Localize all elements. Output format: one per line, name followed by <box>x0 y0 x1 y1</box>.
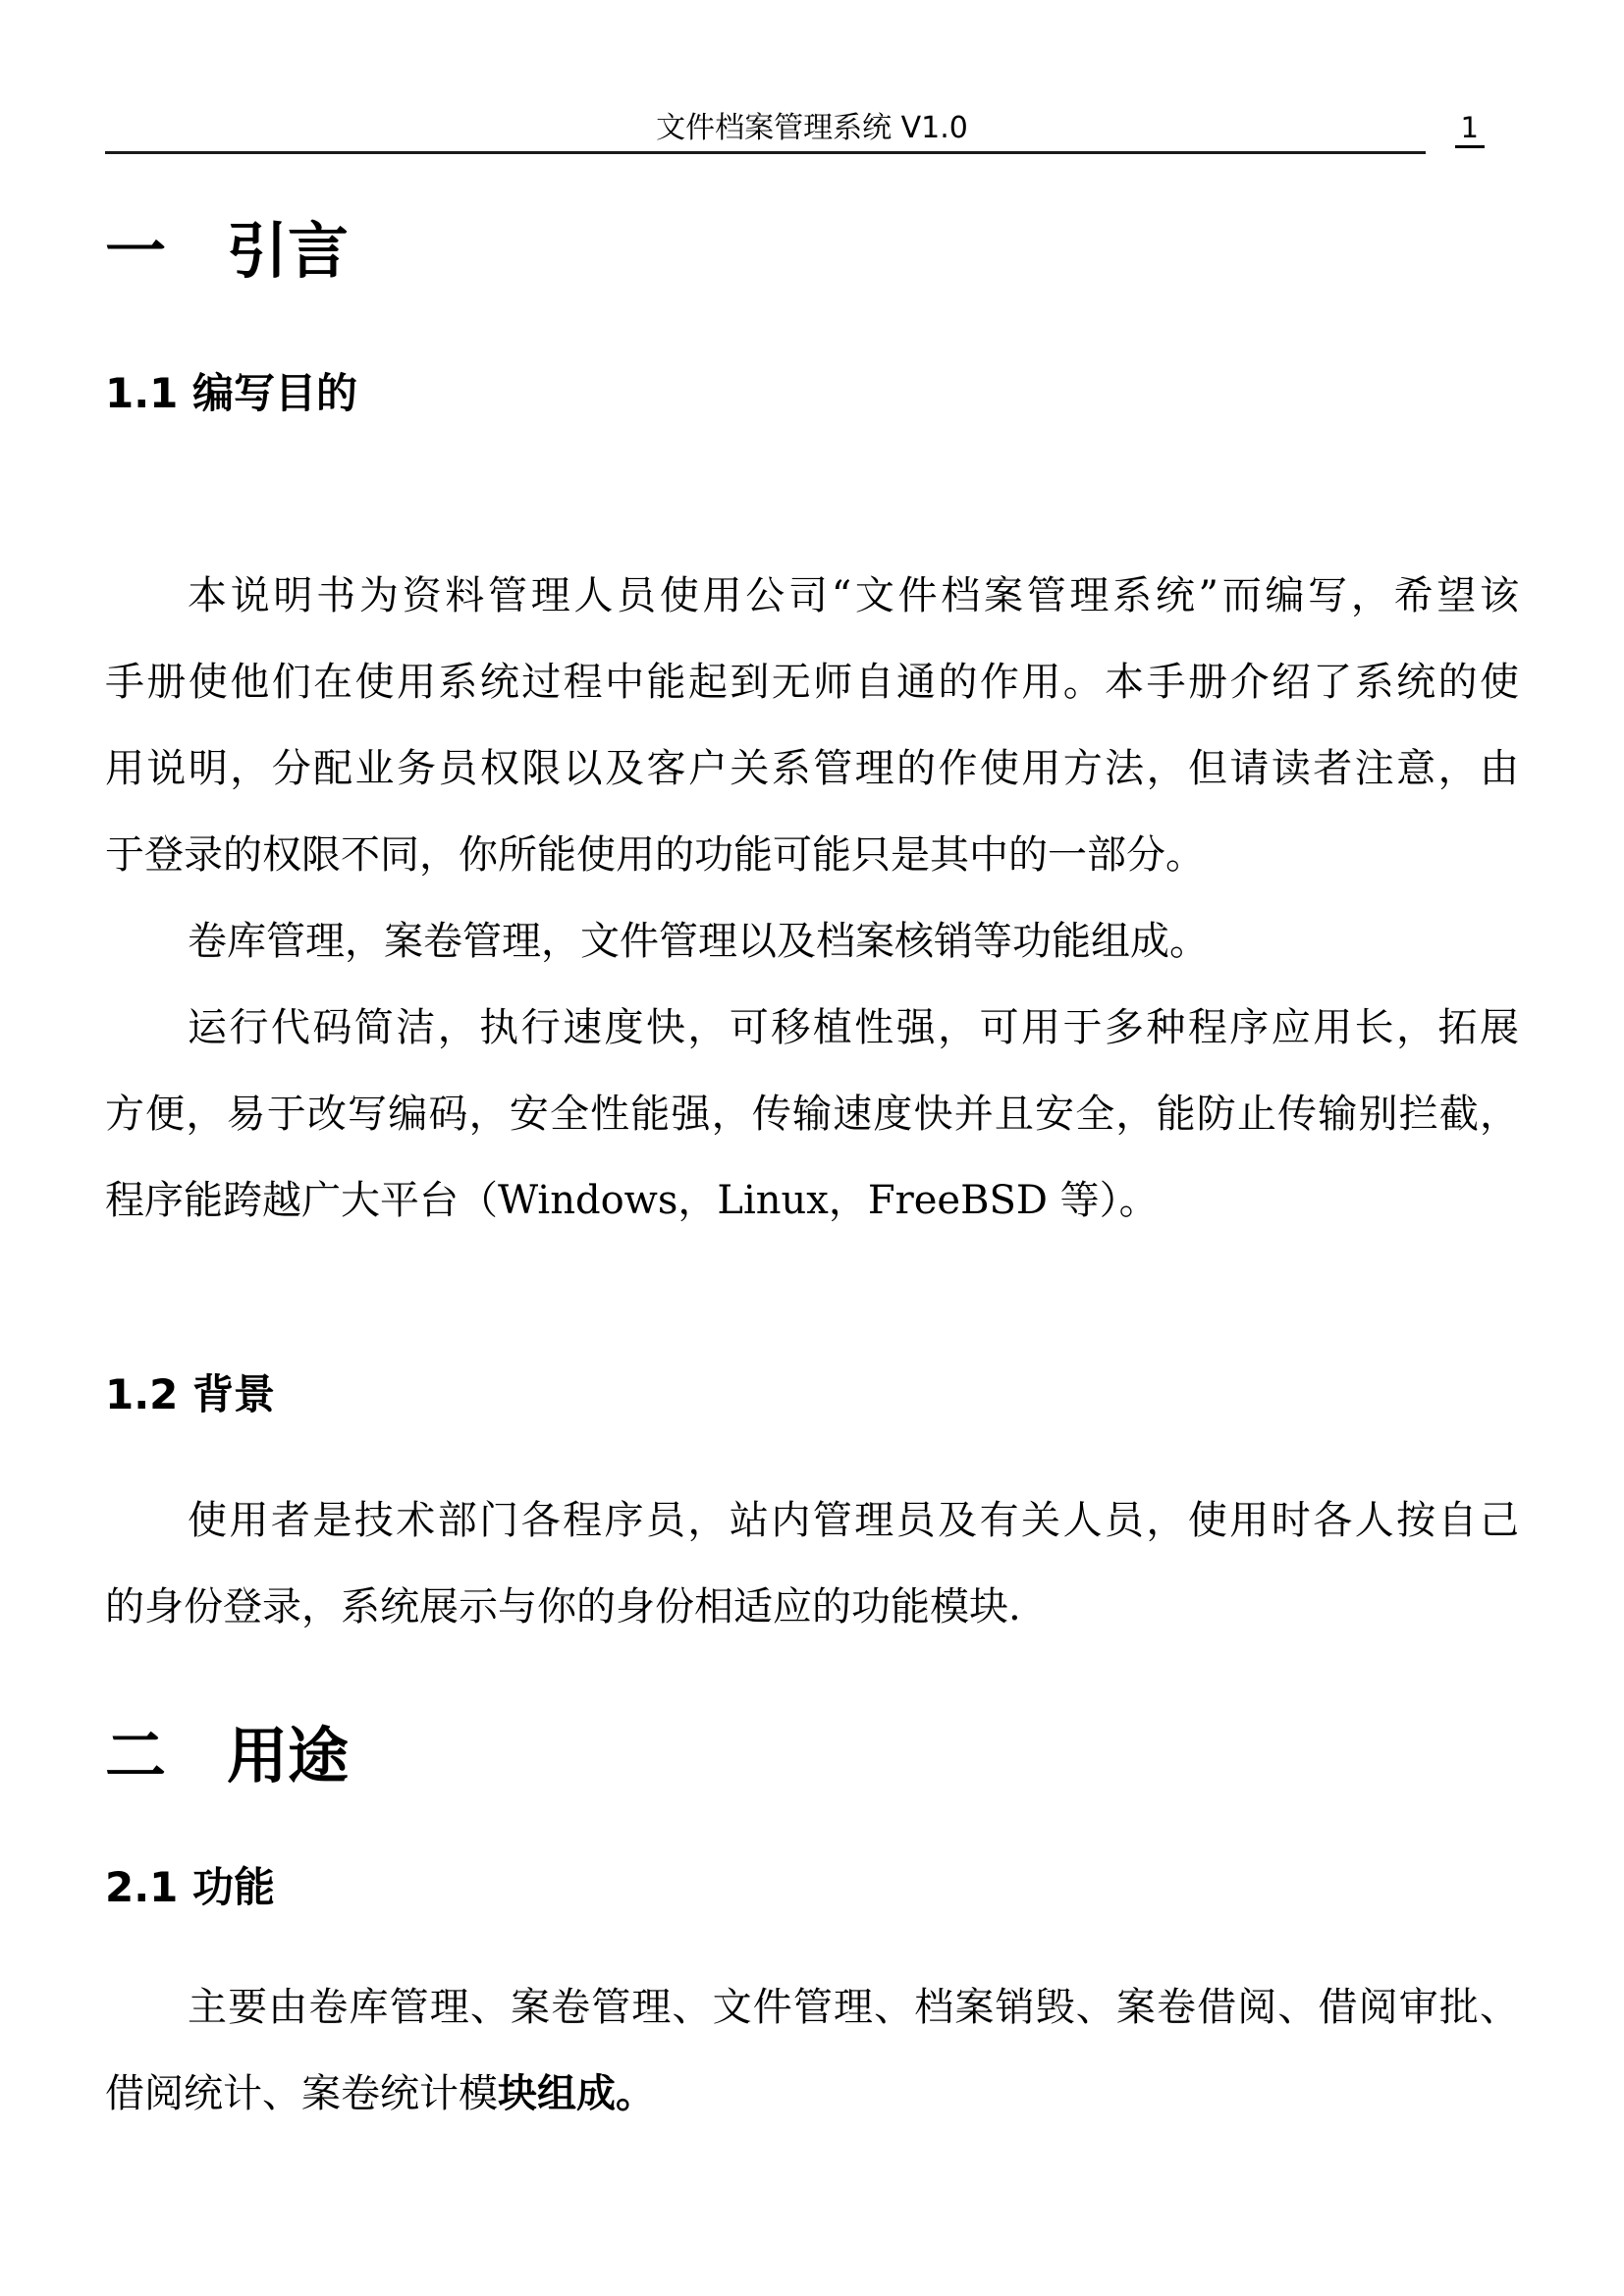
purpose-paragraph-3: 运行代码简洁，执行速度快，可移植性强，可用于多种程序应用长，拓展 方便，易于改写… <box>105 985 1519 1244</box>
subsection-heading-background: 1.2 背景 <box>105 1373 1519 1416</box>
paragraph-line: 方便，易于改写编码，安全性能强，传输速度快并且安全，能防止传输别拦截， <box>105 1071 1519 1157</box>
header-rule <box>105 151 1426 154</box>
paragraph-line: 主要由卷库管理、案卷管理、文件管理、档案销毁、案卷借阅、借阅审批、 <box>105 1964 1519 2051</box>
document-header-title: 文件档案管理系统 V1.0 <box>105 111 1519 146</box>
paragraph-line: 的身份登录，系统展示与你的身份相适应的功能模块. <box>105 1564 1519 1650</box>
paragraph-line: 借阅统计、案卷统计模块组成。 <box>105 2051 1519 2137</box>
section-heading-introduction: 一 引言 <box>105 220 1519 283</box>
paragraph-line: 用说明，分配业务员权限以及客户关系管理的作使用方法，但请读者注意，由 <box>105 725 1519 812</box>
document-content: 文件档案管理系统 V1.0 1 一 引言 1.1 编写目的 本说明书为资料管理人… <box>0 0 1624 2137</box>
paragraph-line: 程序能跨越广大平台（Windows，Linux，FreeBSD 等）。 <box>105 1157 1519 1244</box>
section-heading-usage: 二 用途 <box>105 1725 1519 1788</box>
document-page: 文件档案管理系统 V1.0 1 一 引言 1.1 编写目的 本说明书为资料管理人… <box>0 0 1624 2296</box>
functions-paragraph-1: 主要由卷库管理、案卷管理、文件管理、档案销毁、案卷借阅、借阅审批、 借阅统计、案… <box>105 1964 1519 2137</box>
paragraph-line: 使用者是技术部门各程序员，站内管理员及有关人员，使用时各人按自己 <box>105 1477 1519 1564</box>
purpose-paragraph-2: 卷库管理，案卷管理，文件管理以及档案核销等功能组成。 <box>105 898 1519 985</box>
paragraph-line-normal-segment: 借阅统计、案卷统计模 <box>105 2071 498 2116</box>
paragraph-line-bold-segment: 块组成。 <box>498 2070 655 2116</box>
subsection-heading-purpose: 1.1 编写目的 <box>105 372 1519 415</box>
page-number: 1 <box>1455 111 1485 148</box>
paragraph-line: 手册使他们在使用系统过程中能起到无师自通的作用。本手册介绍了系统的使 <box>105 639 1519 725</box>
page-header: 文件档案管理系统 V1.0 1 <box>105 0 1519 154</box>
background-paragraph-1: 使用者是技术部门各程序员，站内管理员及有关人员，使用时各人按自己 的身份登录，系… <box>105 1477 1519 1650</box>
paragraph-line: 运行代码简洁，执行速度快，可移植性强，可用于多种程序应用长，拓展 <box>105 985 1519 1071</box>
subsection-heading-functions: 2.1 功能 <box>105 1866 1519 1909</box>
paragraph-line: 本说明书为资料管理人员使用公司“文件档案管理系统”而编写，希望该 <box>105 553 1519 639</box>
paragraph-line: 卷库管理，案卷管理，文件管理以及档案核销等功能组成。 <box>105 898 1519 985</box>
page-header-row: 文件档案管理系统 V1.0 1 <box>105 111 1519 146</box>
paragraph-line: 于登录的权限不同，你所能使用的功能可能只是其中的一部分。 <box>105 812 1519 898</box>
purpose-paragraph-1: 本说明书为资料管理人员使用公司“文件档案管理系统”而编写，希望该 手册使他们在使… <box>105 553 1519 898</box>
